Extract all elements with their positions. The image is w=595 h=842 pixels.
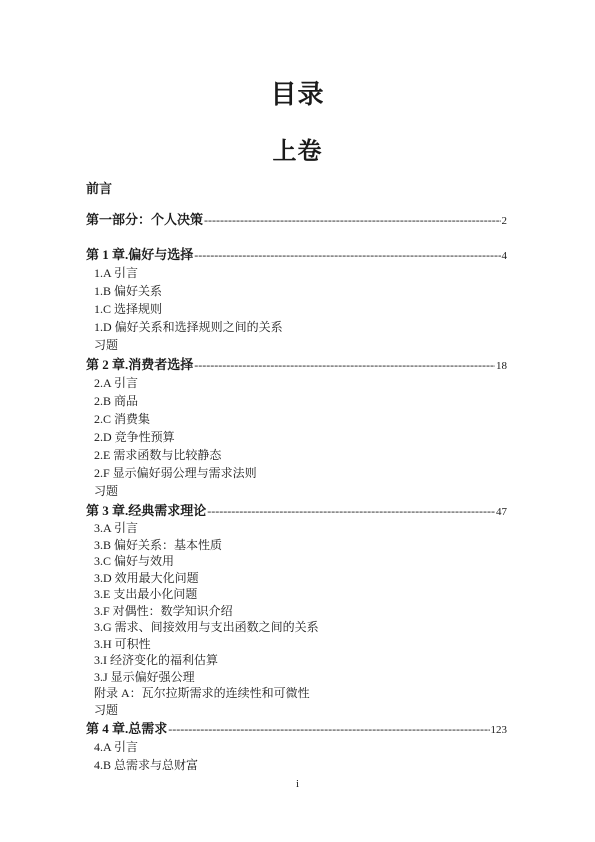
document-page: 目录 上卷 前言 第一部分：个人决策 ---------------------… [0, 0, 595, 842]
toc-section-item: 习题 [94, 336, 507, 354]
toc-section-item: 1.A 引言 [94, 264, 507, 282]
toc-chapter-page-number: 18 [496, 358, 507, 374]
toc-section-item: 2.C 消费集 [94, 410, 507, 428]
toc-part-row: 第一部分：个人决策 ------------------------------… [86, 212, 507, 229]
toc-section-item: 3.H 可积性 [94, 636, 507, 653]
dash-leader: ----------------------------------------… [194, 357, 495, 373]
toc-chapter-title: 第 3 章.经典需求理论 [86, 503, 206, 519]
toc-chapter-title: 第 4 章.总需求 [86, 721, 167, 737]
toc-section-item: 2.A 引言 [94, 374, 507, 392]
toc-section-item: 1.B 偏好关系 [94, 282, 507, 300]
toc-section-item: 3.J 显示偏好强公理 [94, 669, 507, 686]
toc-section-item: 3.E 支出最小化问题 [94, 586, 507, 603]
toc-section-item: 3.G 需求、间接效用与支出函数之间的关系 [94, 619, 507, 636]
toc-preface: 前言 [86, 181, 507, 197]
toc-section-list: 1.A 引言 1.B 偏好关系 1.C 选择规则 1.D 偏好关系和选择规则之间… [86, 264, 507, 354]
toc-chapter-heading-row: 第 3 章.经典需求理论 ---------------------------… [86, 503, 507, 520]
toc-section-item: 2.B 商品 [94, 392, 507, 410]
toc-section-list: 2.A 引言 2.B 商品 2.C 消费集 2.D 竞争性预算 2.E 需求函数… [86, 374, 507, 500]
toc-chapter-title: 第 2 章.消费者选择 [86, 357, 193, 373]
toc-section-item: 习题 [94, 702, 507, 719]
page-title: 目录 [0, 74, 595, 111]
dash-leader: ----------------------------------------… [207, 503, 495, 519]
toc-section-item: 3.C 偏好与效用 [94, 553, 507, 570]
toc-section-item: 附录 A：瓦尔拉斯需求的连续性和可微性 [94, 685, 507, 702]
toc-section-list: 3.A 引言 3.B 偏好关系：基本性质 3.C 偏好与效用 3.D 效用最大化… [86, 520, 507, 718]
dash-leader: ----------------------------------------… [204, 212, 500, 228]
toc-section-item: 3.F 对偶性：数学知识介绍 [94, 603, 507, 620]
page-number-footer: i [0, 778, 595, 790]
toc-section-item: 2.F 显示偏好弱公理与需求法则 [94, 464, 507, 482]
toc: 前言 第一部分：个人决策 ---------------------------… [86, 181, 507, 774]
toc-section-item: 3.A 引言 [94, 520, 507, 537]
toc-section-list: 4.A 引言 4.B 总需求与总财富 [86, 738, 507, 774]
toc-section-item: 3.B 偏好关系：基本性质 [94, 537, 507, 554]
toc-section-item: 4.B 总需求与总财富 [94, 756, 507, 774]
toc-chapter-block: 第 2 章.消费者选择 ----------------------------… [86, 357, 507, 500]
toc-section-item: 3.I 经济变化的福利估算 [94, 652, 507, 669]
toc-chapter-title: 第 1 章.偏好与选择 [86, 247, 193, 263]
dash-leader: ----------------------------------------… [194, 247, 500, 263]
toc-section-item: 2.D 竞争性预算 [94, 428, 507, 446]
toc-section-item: 3.D 效用最大化问题 [94, 570, 507, 587]
toc-chapters: 第 1 章.偏好与选择 ----------------------------… [86, 247, 507, 774]
toc-chapter-heading-row: 第 4 章.总需求 ------------------------------… [86, 721, 507, 738]
toc-chapter-block: 第 1 章.偏好与选择 ----------------------------… [86, 247, 507, 354]
toc-chapter-page-number: 4 [502, 248, 508, 264]
toc-section-item: 2.E 需求函数与比较静态 [94, 446, 507, 464]
toc-chapter-block: 第 3 章.经典需求理论 ---------------------------… [86, 503, 507, 718]
toc-section-item: 习题 [94, 482, 507, 500]
toc-chapter-block: 第 4 章.总需求 ------------------------------… [86, 721, 507, 774]
toc-chapter-page-number: 123 [491, 722, 508, 738]
toc-chapter-page-number: 47 [496, 504, 507, 520]
toc-part-page-number: 2 [502, 213, 508, 229]
toc-section-item: 4.A 引言 [94, 738, 507, 756]
toc-chapter-heading-row: 第 2 章.消费者选择 ----------------------------… [86, 357, 507, 374]
toc-section-item: 1.C 选择规则 [94, 300, 507, 318]
toc-chapter-heading-row: 第 1 章.偏好与选择 ----------------------------… [86, 247, 507, 264]
toc-part-label: 第一部分：个人决策 [86, 212, 203, 228]
volume-title: 上卷 [0, 131, 595, 166]
toc-section-item: 1.D 偏好关系和选择规则之间的关系 [94, 318, 507, 336]
dash-leader: ----------------------------------------… [168, 721, 489, 737]
